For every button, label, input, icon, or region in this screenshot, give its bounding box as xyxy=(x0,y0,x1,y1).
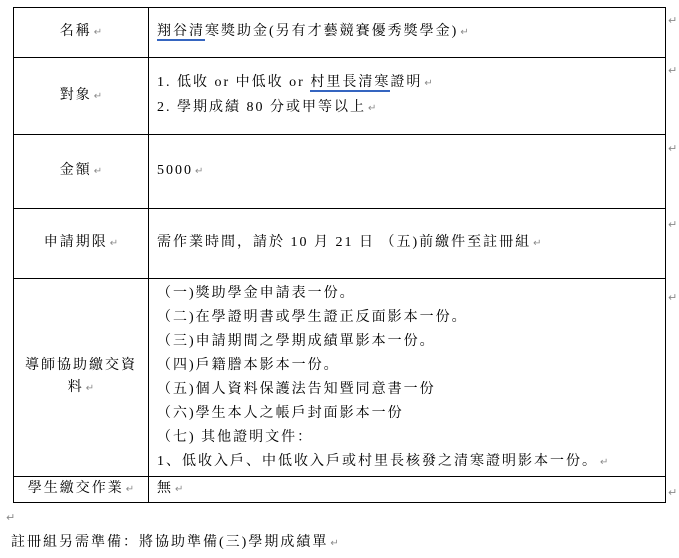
underlined-text: 村里長清寒 xyxy=(310,75,390,92)
paragraph-mark-icon: ↵ xyxy=(6,511,15,524)
eligibility-line2: 2. 學期成績 80 分或甲等以上 xyxy=(157,100,366,115)
row-label-deadline-text: 申請期限 xyxy=(44,235,108,250)
table-row-deadline: 申請期限↵ 需作業時間，請於 10 月 21 日 （五)前繳件至註冊組↵ xyxy=(14,208,665,278)
paragraph-mark-icon: ↵ xyxy=(94,91,102,102)
paragraph-mark-icon: ↵ xyxy=(195,166,203,177)
amount-value: 5000 xyxy=(157,163,193,178)
deadline-text: 需作業時間，請於 10 月 21 日 （五)前繳件至註冊組 xyxy=(157,235,531,250)
row-end-mark-icon: ↵ xyxy=(668,218,677,231)
paragraph-mark-icon: ↵ xyxy=(533,238,541,249)
eligibility-line1-prefix: 1. 低收 or 中低收 or xyxy=(157,75,310,90)
row-end-mark-icon: ↵ xyxy=(668,14,677,27)
paragraph-mark-icon: ↵ xyxy=(126,484,134,495)
underlined-text: 翔谷清 xyxy=(157,24,205,41)
paragraph-mark-icon: ↵ xyxy=(94,166,102,177)
row-end-mark-icon: ↵ xyxy=(668,142,677,155)
row-content-student-homework: 無↵ xyxy=(149,477,665,502)
row-label-amount: 金額↵ xyxy=(14,135,149,208)
material-item: （三)申請期間之學期成績單影本一份。 xyxy=(157,330,665,354)
material-item: （四)戶籍謄本影本一份。 xyxy=(157,354,665,378)
row-end-mark-icon: ↵ xyxy=(668,486,677,499)
scholarship-title-text: 寒獎助金(另有才藝競賽優秀獎學金) xyxy=(205,24,458,39)
row-end-mark-icon: ↵ xyxy=(668,291,677,304)
table-row-eligibility: 對象↵ 1. 低收 or 中低收 or 村里長清寒證明↵ 2. 學期成績 80 … xyxy=(14,57,665,134)
table-row-name: 名稱↵ 翔谷清寒獎助金(另有才藝競賽優秀獎學金)↵ xyxy=(14,8,665,57)
material-item: （七) 其他證明文件： xyxy=(157,426,665,450)
row-label-eligibility: 對象↵ xyxy=(14,58,149,134)
row-label-teacher-materials-line1: 導師協助繳交資 xyxy=(25,355,137,377)
paragraph-mark-icon: ↵ xyxy=(368,103,376,114)
row-content-teacher-materials: （一)獎助學金申請表一份。 （二)在學證明書或學生證正反面影本一份。 （三)申請… xyxy=(149,279,665,476)
row-label-student-homework: 學生繳交作業↵ xyxy=(14,477,149,502)
row-label-student-homework-text: 學生繳交作業 xyxy=(28,481,124,496)
material-item: （五)個人資料保護法告知暨同意書一份 xyxy=(157,378,665,402)
paragraph-mark-icon: ↵ xyxy=(94,27,102,38)
table-row-student-homework: 學生繳交作業↵ 無↵ xyxy=(14,476,665,502)
student-homework-value: 無 xyxy=(157,481,173,496)
material-item: 1、低收入戶、中低收入戶或村里長核發之清寒證明影本一份。 xyxy=(157,454,598,469)
paragraph-mark-icon: ↵ xyxy=(86,383,94,394)
material-item: （二)在學證明書或學生證正反面影本一份。 xyxy=(157,306,665,330)
row-label-eligibility-text: 對象 xyxy=(60,88,92,103)
row-end-mark-icon: ↵ xyxy=(668,64,677,77)
row-label-name: 名稱↵ xyxy=(14,8,149,57)
row-content-eligibility: 1. 低收 or 中低收 or 村里長清寒證明↵ 2. 學期成績 80 分或甲等… xyxy=(149,58,665,134)
row-label-deadline: 申請期限↵ xyxy=(14,209,149,278)
paragraph-mark-icon: ↵ xyxy=(424,78,432,89)
paragraph-mark-icon: ↵ xyxy=(460,27,468,38)
row-content-deadline: 需作業時間，請於 10 月 21 日 （五)前繳件至註冊組↵ xyxy=(149,209,665,278)
scholarship-info-table: 名稱↵ 翔谷清寒獎助金(另有才藝競賽優秀獎學金)↵ 對象↵ 1. 低收 or 中… xyxy=(13,7,666,503)
registrar-note-text: 註冊組另需準備：將協助準備(三)學期成績單 xyxy=(11,535,328,550)
table-row-teacher-materials: 導師協助繳交資 料↵ （一)獎助學金申請表一份。 （二)在學證明書或學生證正反面… xyxy=(14,278,665,476)
row-label-name-text: 名稱 xyxy=(60,24,92,39)
paragraph-mark-icon: ↵ xyxy=(110,238,118,249)
paragraph-mark-icon: ↵ xyxy=(175,484,183,495)
material-item: （六)學生本人之帳戶封面影本一份 xyxy=(157,402,665,426)
row-label-amount-text: 金額 xyxy=(60,163,92,178)
material-item: （一)獎助學金申請表一份。 xyxy=(157,282,665,306)
eligibility-line1-suffix: 證明 xyxy=(390,75,422,90)
row-content-name: 翔谷清寒獎助金(另有才藝競賽優秀獎學金)↵ xyxy=(149,8,665,57)
paragraph-mark-icon: ↵ xyxy=(330,538,338,549)
registrar-note: 註冊組另需準備：將協助準備(三)學期成績單↵ xyxy=(11,531,339,551)
document-page: { "marks": { "return_mark": "↵" }, "colo… xyxy=(0,0,679,558)
paragraph-mark-icon: ↵ xyxy=(600,457,608,468)
row-content-amount: 5000↵ xyxy=(149,135,665,208)
row-label-teacher-materials-line2: 料 xyxy=(68,380,84,395)
table-row-amount: 金額↵ 5000↵ xyxy=(14,134,665,208)
row-label-teacher-materials: 導師協助繳交資 料↵ xyxy=(14,279,149,476)
